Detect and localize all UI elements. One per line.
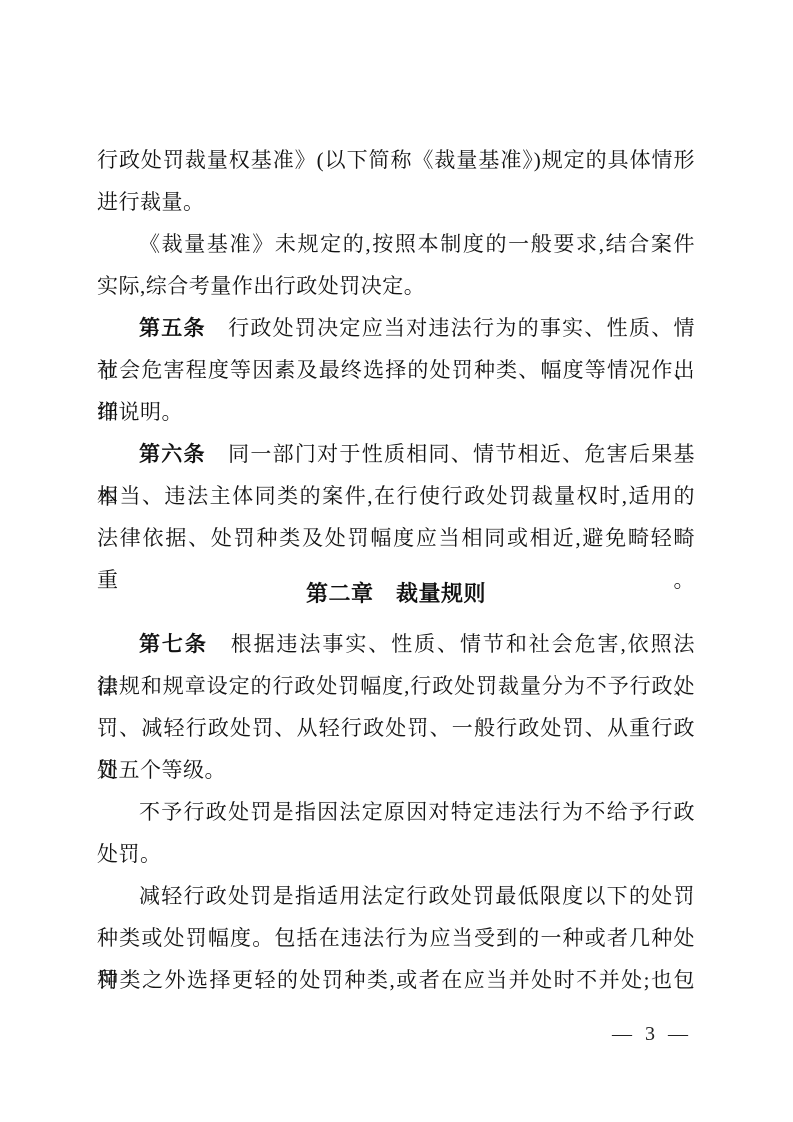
text-line: 行政处罚裁量权基准》(以下简称《裁量基准》)规定的具体情形 <box>97 139 695 181</box>
text-line: 社会危害程度等因素及最终选择的处罚种类、幅度等情况作出详 <box>97 349 695 391</box>
text-line: 种类之外选择更轻的处罚种类,或者在应当并处时不并处;也包 <box>97 959 695 1001</box>
text-line: 减轻行政处罚是指适用法定行政处罚最低限度以下的处罚 <box>97 875 695 917</box>
line-text: 法规和规章设定的行政处罚幅度,行政处罚裁量分为不予行政处 <box>97 674 695 698</box>
line-text: 实际,综合考量作出行政处罚决定。 <box>97 274 425 298</box>
line-text: 不予行政处罚是指因法定原因对特定违法行为不给予行政 <box>139 800 695 824</box>
text-line: 细说明。 <box>97 391 695 433</box>
text-line: 相当、违法主体同类的案件,在行使行政处罚裁量权时,适用的 <box>97 475 695 517</box>
line-text: 处罚。 <box>97 842 162 866</box>
text-line: 种类或处罚幅度。包括在违法行为应当受到的一种或者几种处罚 <box>97 917 695 959</box>
text-line: 法律依据、处罚种类及处罚幅度应当相同或相近,避免畸轻畸重。 <box>97 517 695 559</box>
text-line: 第七条 根据违法事实、性质、情节和社会危害,依照法律、 <box>97 623 695 665</box>
text-line: 第五条 行政处罚决定应当对违法行为的事实、性质、情节、 <box>97 307 695 349</box>
chapter-heading-text: 第二章 裁量规则 <box>306 581 486 606</box>
line-text: 相当、违法主体同类的案件,在行使行政处罚裁量权时,适用的 <box>97 484 695 508</box>
text-line: 实际,综合考量作出行政处罚决定。 <box>97 265 695 307</box>
text-line: 第六条 同一部门对于性质相同、情节相近、危害后果基本 <box>97 433 695 475</box>
article-number-bold: 第六条 <box>139 443 206 466</box>
line-text: 种类之外选择更轻的处罚种类,或者在应当并处时不并处;也包 <box>97 968 695 992</box>
text-line: 法规和规章设定的行政处罚幅度,行政处罚裁量分为不予行政处 <box>97 665 695 707</box>
document-content: 行政处罚裁量权基准》(以下简称《裁量基准》)规定的具体情形进行裁量。《裁量基准》… <box>97 139 695 1001</box>
line-text: 减轻行政处罚是指适用法定行政处罚最低限度以下的处罚 <box>139 884 695 908</box>
footer-dash-left: — <box>612 1023 633 1045</box>
page-footer: —3— <box>606 1022 695 1046</box>
text-line: 《裁量基准》未规定的,按照本制度的一般要求,结合案件 <box>97 223 695 265</box>
text-line: 进行裁量。 <box>97 181 695 223</box>
text-line: 罚五个等级。 <box>97 749 695 791</box>
line-text: 行政处罚裁量权基准》(以下简称《裁量基准》)规定的具体情形 <box>97 148 695 172</box>
footer-dash-right: — <box>668 1023 689 1045</box>
line-text: 进行裁量。 <box>97 190 205 214</box>
text-line: 罚、减轻行政处罚、从轻行政处罚、一般行政处罚、从重行政处 <box>97 707 695 749</box>
text-line: 不予行政处罚是指因法定原因对特定违法行为不给予行政 <box>97 791 695 833</box>
text-line: 处罚。 <box>97 833 695 875</box>
line-text: 罚五个等级。 <box>97 758 226 782</box>
article-number-bold: 第五条 <box>139 317 206 340</box>
line-text: 《裁量基准》未规定的,按照本制度的一般要求,结合案件 <box>139 232 695 256</box>
document-page: 行政处罚裁量权基准》(以下简称《裁量基准》)规定的具体情形进行裁量。《裁量基准》… <box>0 0 793 1122</box>
article-number-bold: 第七条 <box>139 633 208 656</box>
line-text: 细说明。 <box>97 400 183 424</box>
footer-page-number: 3 <box>645 1023 656 1045</box>
